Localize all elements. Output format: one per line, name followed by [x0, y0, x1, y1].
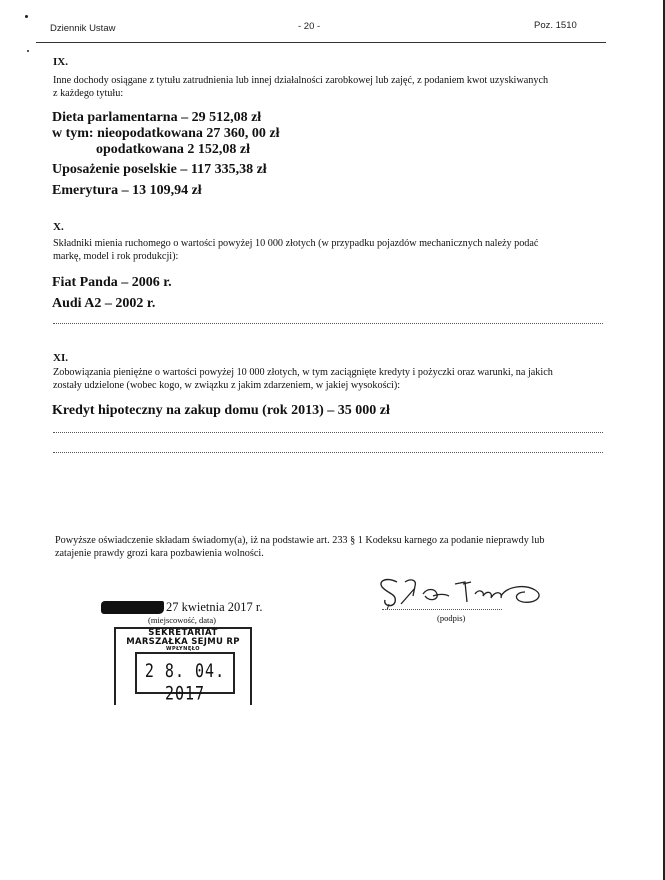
- stamp-date-box: 2 8. 04. 2017: [135, 652, 235, 694]
- description-line: markę, model i rok produkcji):: [53, 250, 605, 263]
- declaration-line: zatajenie prawdy grozi kara pozbawienia …: [55, 547, 607, 560]
- section-ix-number: IX.: [53, 56, 68, 68]
- dotted-fill-line: [53, 452, 603, 453]
- signature-icon: [375, 574, 555, 614]
- description-line: Składniki mienia ruchomego o wartości po…: [53, 237, 605, 250]
- vehicle-entry: Fiat Panda – 2006 r.: [52, 275, 172, 291]
- income-entry: Uposażenie poselskie – 117 335,38 zł: [52, 162, 267, 178]
- income-entry: Dieta parlamentarna – 29 512,08 zł: [52, 110, 261, 126]
- dotted-fill-line: [53, 323, 603, 324]
- signature-line: [382, 609, 502, 610]
- description-line: Zobowiązania pieniężne o wartości powyże…: [53, 366, 605, 379]
- section-ix-description: Inne dochody osiągane z tytułu zatrudnie…: [53, 74, 605, 100]
- page-number: - 20 -: [298, 21, 320, 32]
- signing-date: 27 kwietnia 2017 r.: [166, 600, 263, 615]
- dotted-fill-line: [53, 432, 603, 433]
- declaration-text: Powyższe oświadczenie składam świadomy(a…: [55, 534, 607, 560]
- publication-name: Dziennik Ustaw: [50, 23, 115, 34]
- header-rule: [36, 42, 606, 43]
- vehicle-entry: Audi A2 – 2002 r.: [52, 296, 155, 312]
- section-x-number: X.: [53, 221, 64, 233]
- scan-dot: [27, 50, 29, 52]
- stamp-date: 2 8. 04. 2017: [137, 660, 233, 705]
- section-x-description: Składniki mienia ruchomego o wartości po…: [53, 237, 605, 263]
- description-line: Inne dochody osiągane z tytułu zatrudnie…: [53, 74, 605, 87]
- income-entry: w tym: nieopodatkowana 27 360, 00 zł: [52, 126, 280, 142]
- position-number: Poz. 1510: [534, 20, 577, 31]
- section-xi-description: Zobowiązania pieniężne o wartości powyże…: [53, 366, 605, 392]
- section-xi-number: XI.: [53, 352, 68, 364]
- signature-caption: (podpis): [437, 613, 465, 623]
- redacted-place: [101, 601, 164, 614]
- description-line: z każdego tytułu:: [53, 87, 605, 100]
- income-entry: Emerytura – 13 109,94 zł: [52, 183, 202, 199]
- income-entry: opodatkowana 2 152,08 zł: [96, 142, 250, 158]
- declaration-line: Powyższe oświadczenie składam świadomy(a…: [55, 534, 607, 547]
- scan-dot: [25, 15, 28, 18]
- liability-entry: Kredyt hipoteczny na zakup domu (rok 201…: [52, 403, 390, 419]
- date-caption: (miejscowość, data): [148, 615, 216, 625]
- description-line: zostały udzielone (wobec kogo, w związku…: [53, 379, 605, 392]
